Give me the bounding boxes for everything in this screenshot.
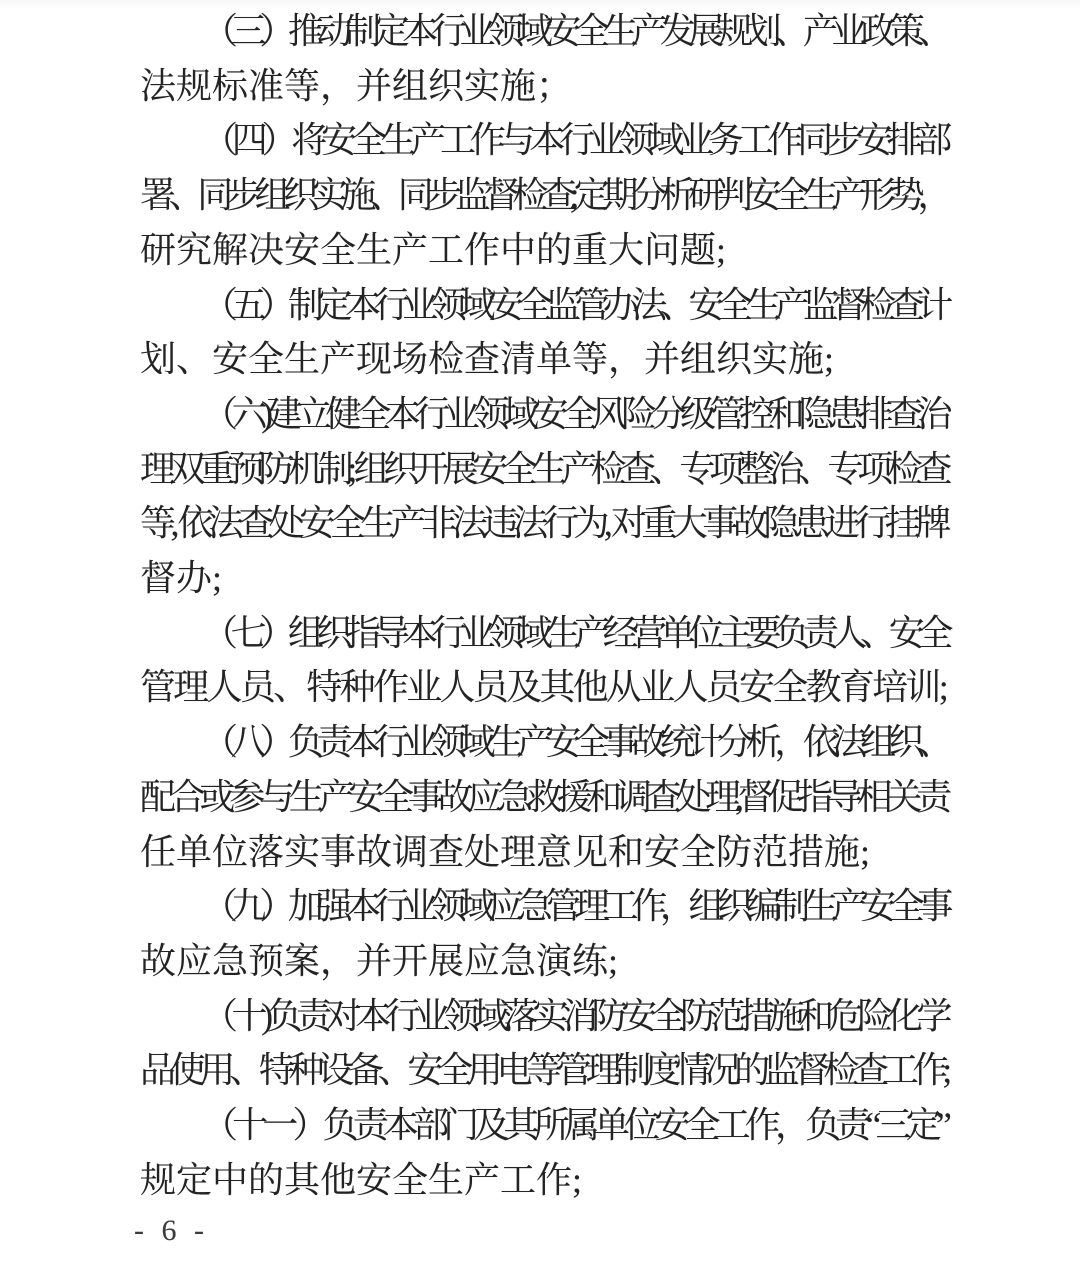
text-line: 任单位落实事故调查处理意见和安全防范措施; (140, 825, 870, 880)
text-line: （十)负责对本行业领域落实消防安全防范措施和危险化学 (140, 989, 946, 1044)
page-number: - 6 - (134, 1214, 209, 1248)
text-line: （四）将安全生产工作与本行业领域业务工作同步安排部 (140, 113, 946, 168)
text-line: 管理人员、特种作业人员及其他从业人员安全教育培训; (140, 660, 946, 715)
document-body: （三）推动制定本行业领域安全生产发展规划、产业政策、法规标准等，并组织实施；（四… (140, 4, 946, 1207)
text-line: 署、同步组织实施、同步监督检查; 定期分析研判安全生产形势， (140, 168, 946, 223)
text-line: （七）组织指导本行业领域生产经营单位主要负责人、安全 (140, 606, 946, 661)
document-page: （三）推动制定本行业领域安全生产发展规划、产业政策、法规标准等，并组织实施；（四… (0, 0, 1080, 1266)
text-line: （三）推动制定本行业领域安全生产发展规划、产业政策、 (140, 4, 946, 59)
text-line: 等, 依法查处安全生产非法违法行为, 对重大事故隐患进行挂牌 (140, 496, 946, 551)
text-line: 故应急预案，并开展应急演练; (140, 934, 618, 989)
text-line: （五）制定本行业领域安全监管办法、安全生产监督检查计 (140, 278, 946, 333)
text-line: 配合或参与生产安全事故应急救援和调查处理,督促指导相关责 (140, 770, 946, 825)
text-line: 理双重预防机制; 组织开展安全生产检查、专项整治、专项检查 (140, 442, 946, 497)
text-line: 法规标准等，并组织实施； (140, 59, 572, 114)
text-line: 品使用、特种设备、安全用电等管理制度情况的监督检查工作; (140, 1043, 946, 1098)
text-line: （十一）负责本部门及其所属单位安全工作，负责“三定” (140, 1098, 946, 1153)
text-line: （九）加强本行业领域应急管理工作，组织编制生产安全事 (140, 879, 946, 934)
text-line: 督办; (140, 551, 222, 606)
text-line: （六)建立健全本行业领域安全风险分级管控和隐患排查治 (140, 387, 946, 442)
text-line: 研究解决安全生产工作中的重大问题; (140, 223, 726, 278)
text-line: （八）负责本行业领域生产安全事故统计分析，依法组织、 (140, 715, 946, 770)
text-line: 划、安全生产现场检查清单等，并组织实施; (140, 332, 834, 387)
text-line: 规定中的其他安全生产工作; (140, 1153, 582, 1208)
